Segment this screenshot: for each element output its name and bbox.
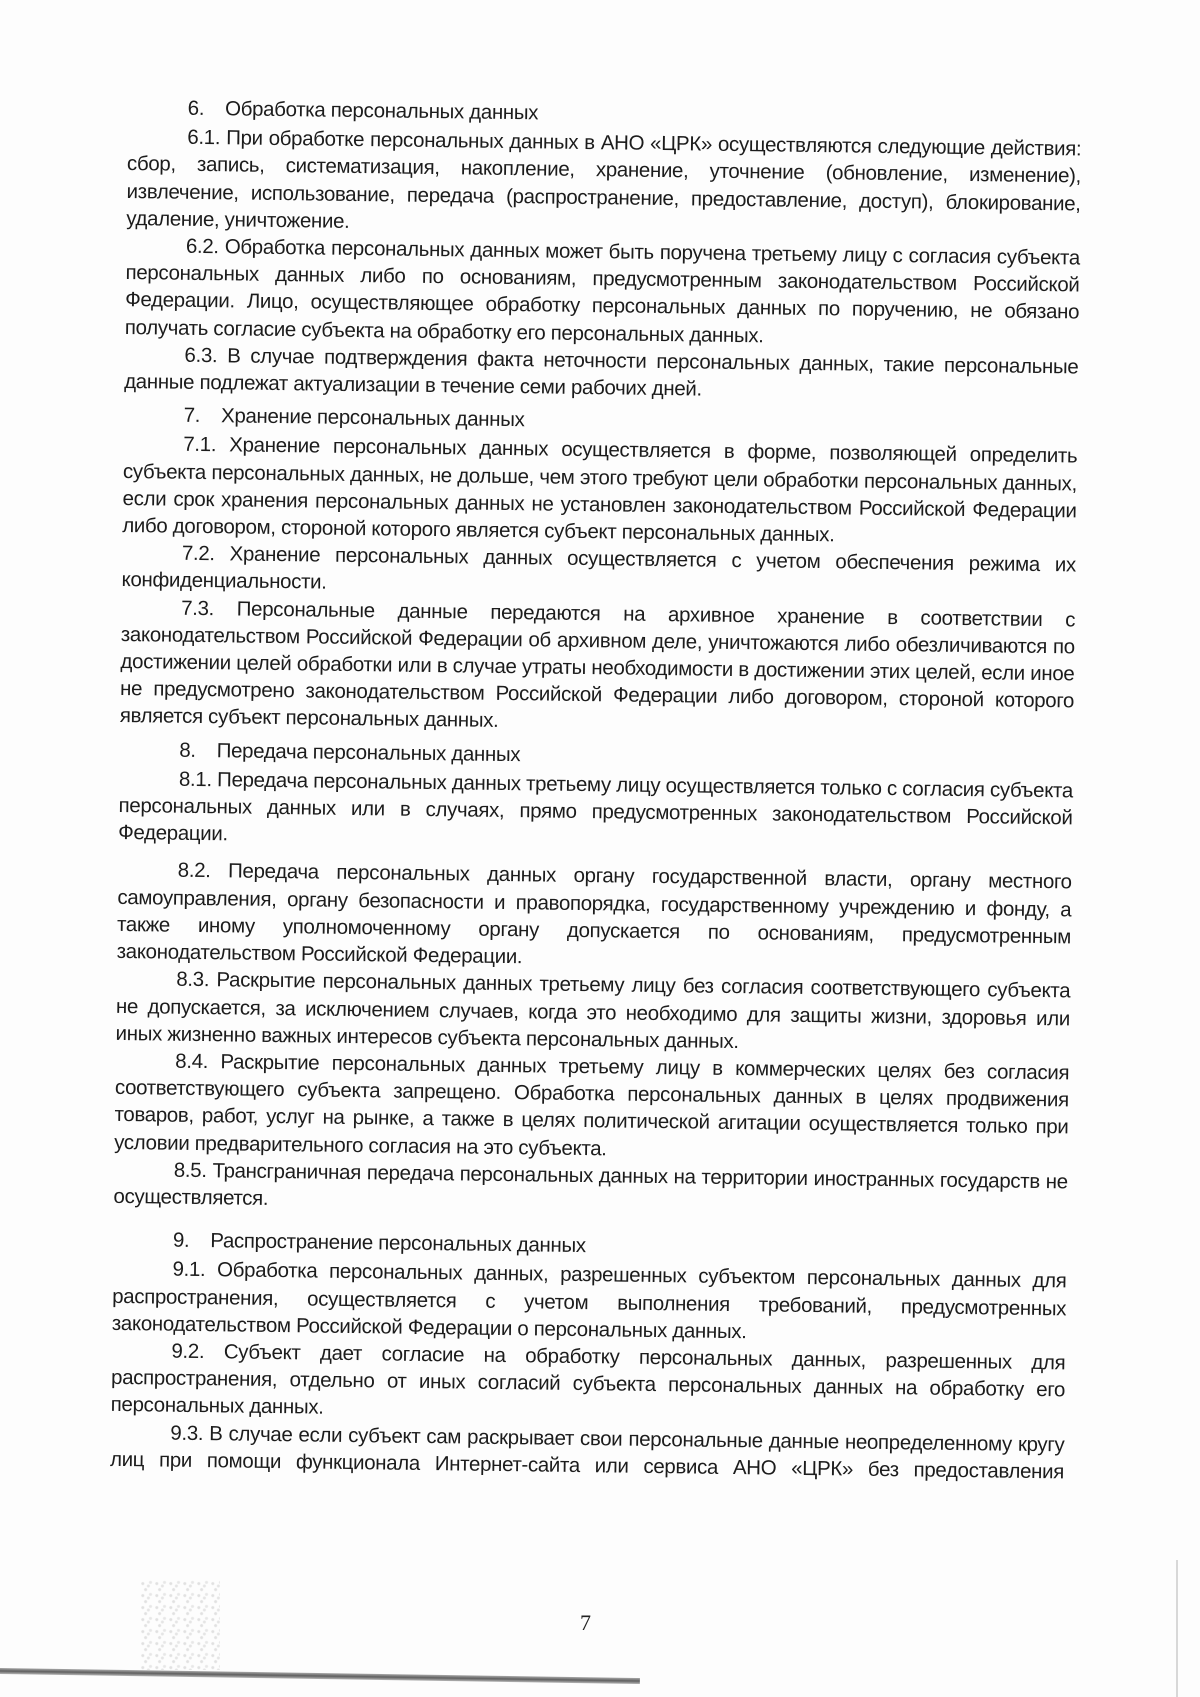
- clause-9-3: 9.3. В случае если субъект сам раскрывае…: [110, 1418, 1065, 1485]
- section-number: 8.: [179, 736, 211, 764]
- clause-number: 7.1.: [183, 433, 216, 456]
- clause-7-3: 7.3. Персональные данные передаются на а…: [120, 594, 1076, 742]
- document-body: 6. Обработка персональных данных 6.1. Пр…: [110, 88, 1082, 1485]
- section-title: Обработка персональных данных: [225, 97, 538, 124]
- clause-number: 8.4.: [175, 1050, 208, 1073]
- clause-number: 6.1.: [187, 126, 220, 149]
- clause-text: Обработка персональных данных, разрешенн…: [112, 1259, 1067, 1343]
- clause-number: 6.2.: [186, 235, 219, 258]
- clause-8-2: 8.2. Передача персональных данных органу…: [117, 856, 1072, 977]
- scan-edge-line: [1176, 1560, 1178, 1697]
- clause-number: 8.2.: [178, 859, 211, 882]
- section-number: 7.: [184, 402, 216, 430]
- clause-6-3: 6.3. В случае подтверждения факта неточн…: [124, 341, 1079, 408]
- scan-speckle: [140, 1580, 220, 1670]
- clause-text: Передача персональных данных органу госу…: [117, 860, 1072, 968]
- clause-text: Обработка персональных данных может быть…: [125, 235, 1080, 347]
- clause-number: 9.3.: [170, 1421, 203, 1444]
- clause-text: Раскрытие персональных данных третьему л…: [114, 1050, 1069, 1160]
- clause-number: 7.3.: [181, 596, 214, 619]
- page-number: 7: [580, 1610, 591, 1636]
- section-number: 6.: [188, 95, 220, 123]
- clause-text: Раскрытие персональных данных третьему л…: [115, 969, 1070, 1053]
- clause-text: Хранение персональных данных осуществляе…: [122, 434, 1077, 547]
- clause-number: 8.1.: [179, 768, 212, 791]
- clause-text: Трансграничная передача персональных дан…: [113, 1159, 1068, 1210]
- clause-8-4: 8.4. Раскрытие персональных данных треть…: [114, 1047, 1069, 1168]
- clause-number: 6.3.: [184, 344, 217, 367]
- scan-edge-shadow: [0, 1668, 640, 1684]
- section-title: Хранение персональных данных: [221, 404, 525, 431]
- section-number: 9.: [173, 1227, 205, 1255]
- clause-8-3: 8.3. Раскрытие персональных данных треть…: [115, 965, 1070, 1059]
- clause-text: Передача персональных данных третьему ли…: [118, 768, 1073, 846]
- clause-text: Персональные данные передаются на архивн…: [120, 597, 1076, 732]
- clause-text: Хранение персональных данных осуществляе…: [121, 543, 1076, 594]
- clause-number: 8.5.: [174, 1158, 207, 1181]
- clause-text: При обработке персональных данных в АНО …: [126, 126, 1081, 232]
- clause-number: 8.3.: [176, 968, 209, 991]
- document-page: 6. Обработка персональных данных 6.1. Пр…: [0, 0, 1200, 1697]
- clause-8-1: 8.1. Передача персональных данных третье…: [118, 765, 1073, 859]
- clause-number: 9.1.: [172, 1258, 205, 1281]
- clause-7-1: 7.1. Хранение персональных данных осущес…: [122, 430, 1077, 551]
- clause-9-2: 9.2. Субъект дает согласие на обработку …: [111, 1337, 1066, 1431]
- clause-number: 7.2.: [182, 542, 215, 565]
- section-title: Передача персональных данных: [217, 739, 521, 766]
- clause-6-2: 6.2. Обработка персональных данных может…: [125, 232, 1080, 353]
- clause-6-1: 6.1. При обработке персональных данных в…: [126, 123, 1081, 244]
- clause-text: Субъект дает согласие на обработку персо…: [111, 1340, 1066, 1419]
- clause-text: В случае если субъект сам раскрывает сво…: [110, 1422, 1065, 1483]
- clause-9-1: 9.1. Обработка персональных данных, разр…: [112, 1255, 1067, 1349]
- clause-text: В случае подтверждения факта неточности …: [124, 344, 1079, 400]
- clause-number: 9.2.: [171, 1340, 204, 1363]
- section-title: Распространение персональных данных: [210, 1229, 586, 1257]
